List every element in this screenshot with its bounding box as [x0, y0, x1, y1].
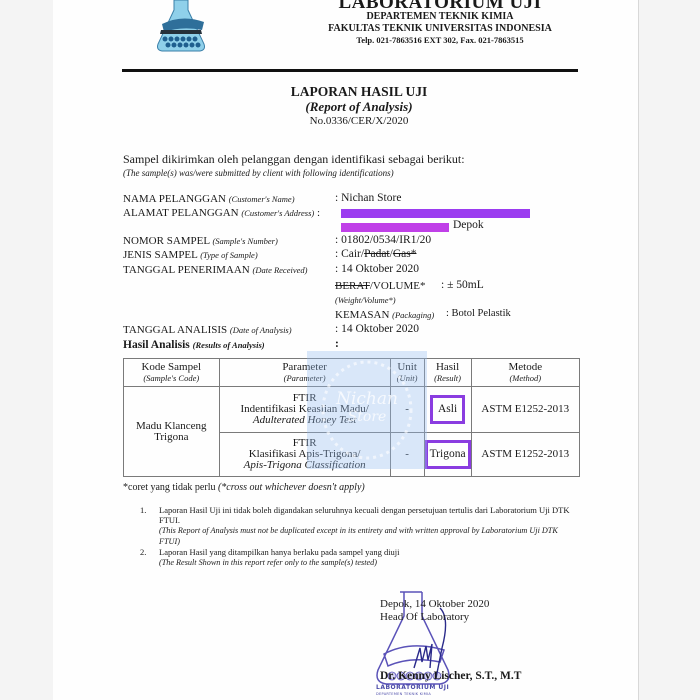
report-title: LAPORAN HASIL UJI	[200, 84, 518, 100]
notes-list: 1. Laporan Hasil Uji ini tidak boleh dig…	[140, 505, 570, 568]
report-subtitle: (Report of Analysis)	[200, 99, 518, 115]
signature-place-date: Depok, 14 Oktober 2020	[380, 598, 489, 610]
customer-address-label: ALAMAT PELANGGAN (Customer's Address) :	[123, 207, 320, 219]
volume-label: BERAT/VOLUME*	[335, 280, 425, 292]
stamp-subtext: DEPARTEMEN TEKNIK KIMIA	[376, 692, 431, 696]
customer-name-value: : Nichan Store	[335, 192, 401, 204]
table-row: Madu KlancengTrigona FTIRIndentifikasi K…	[124, 387, 580, 433]
col-sample-code: Kode Sampel(Sample's Code)	[124, 359, 220, 387]
date-analysis-label: TANGGAL ANALISIS (Date of Analysis)	[123, 324, 292, 336]
report-number: No.0336/CER/X/2020	[200, 115, 518, 127]
faculty: FAKULTAS TEKNIK UNIVERSITAS INDONESIA	[270, 23, 610, 34]
parameter-cell: FTIRKlasifikasi Apis-Trigona/Apis-Trigon…	[219, 433, 390, 477]
cross-out-note: *coret yang tidak perlu (*cross out whic…	[123, 482, 365, 493]
date-received-label: TANGGAL PENERIMAAN (Date Received)	[123, 264, 307, 276]
sample-code-cell: Madu KlancengTrigona	[124, 387, 220, 477]
department: DEPARTEMEN TEKNIK KIMIA	[270, 11, 610, 22]
method-cell: ASTM E1252-2013	[471, 387, 579, 433]
volume-label-en: (Weight/Volume*)	[335, 294, 396, 306]
parameter-cell: FTIRIndentifikasi Keaslian Madu/Adultera…	[219, 387, 390, 433]
contact-info: Telp. 021-7863516 EXT 302, Fax. 021-7863…	[270, 35, 610, 45]
redaction-bar-2	[341, 223, 449, 232]
col-unit: Unit(Unit)	[390, 359, 424, 387]
intro-text: Sampel dikirimkan oleh pelanggan dengan …	[123, 152, 465, 167]
date-received-value: : 14 Oktober 2020	[335, 263, 419, 275]
results-heading: Hasil Analisis (Results of Analysis)	[123, 339, 265, 351]
volume-value: : ± 50mL	[441, 279, 484, 291]
customer-address-city: Depok	[453, 219, 484, 231]
redaction-bar-1	[341, 209, 530, 218]
packaging-label: KEMASAN (Packaging)	[335, 309, 434, 321]
list-item: 1. Laporan Hasil Uji ini tidak boleh dig…	[140, 505, 570, 547]
table-header-row: Kode Sampel(Sample's Code) Parameter(Par…	[124, 359, 580, 387]
col-parameter: Parameter(Parameter)	[219, 359, 390, 387]
signature-role: Head Of Laboratory	[380, 611, 469, 623]
lab-flask-logo-icon	[152, 0, 210, 52]
date-analysis-value: : 14 Oktober 2020	[335, 323, 419, 335]
sample-type-value: : Cair/Padat/Gas*	[335, 248, 416, 260]
intro-text-en: (The sample(s) was/were submitted by cli…	[123, 168, 394, 178]
signatory-name: Dr. Kenny Lischer, S.T., M.T	[380, 670, 521, 682]
sample-type-label: JENIS SAMPEL (Type of Sample)	[123, 249, 258, 261]
list-item: 2. Laporan Hasil yang ditampilkan hanya …	[140, 547, 570, 568]
results-table: Kode Sampel(Sample's Code) Parameter(Par…	[123, 358, 580, 477]
col-result: Hasil(Result)	[424, 359, 471, 387]
result-cell: Trigona	[424, 433, 471, 477]
sample-number-value: : 01802/0534/IR1/20	[335, 234, 431, 246]
stamp-text: LABORATORIUM UJI	[376, 684, 449, 691]
packaging-value: : Botol Pelastik	[446, 308, 511, 319]
unit-cell: -	[390, 433, 424, 477]
customer-name-label: NAMA PELANGGAN (Customer's Name)	[123, 193, 295, 205]
unit-cell: -	[390, 387, 424, 433]
results-colon: :	[335, 338, 339, 350]
result-highlight-box: Asli	[430, 395, 465, 424]
result-cell: Asli	[424, 387, 471, 433]
col-method: Metode(Method)	[471, 359, 579, 387]
result-highlight-box: Trigona	[425, 440, 471, 469]
header-divider	[122, 69, 578, 72]
sample-number-label: NOMOR SAMPEL (Sample's Number)	[123, 235, 278, 247]
method-cell: ASTM E1252-2013	[471, 433, 579, 477]
